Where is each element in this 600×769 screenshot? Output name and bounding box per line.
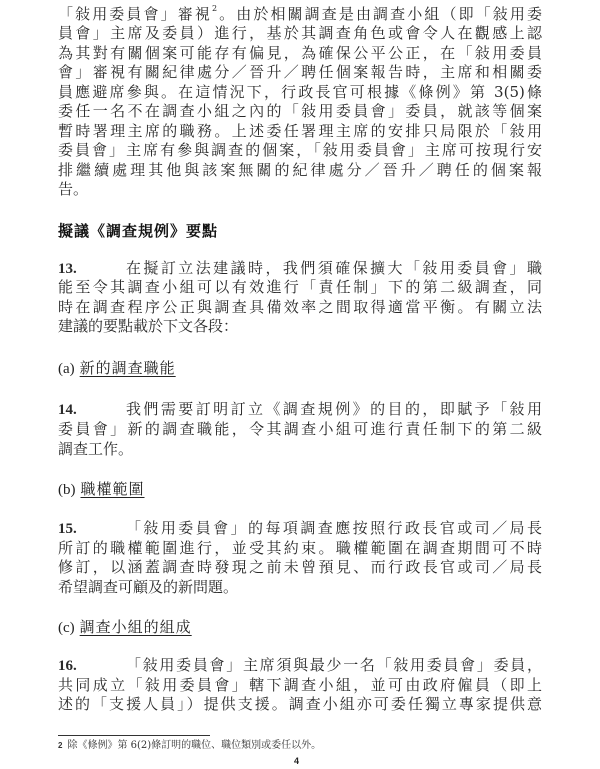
- paragraph-text: 「敍用委員會」主席須與最少一名「敍用委員會」委員，: [126, 656, 542, 675]
- subheading-title: 職權範圍: [81, 480, 145, 498]
- intro-line-7: 暫時署理主席的職務。上述委任署理主席的安排只局限於「敍用: [58, 122, 542, 141]
- subheading-title: 調查小組的組成: [80, 618, 192, 636]
- paragraph-number: 13.: [58, 260, 126, 278]
- intro-line-6: 委任一名不在調查小組之內的「敍用委員會」委員，就該等個案: [58, 102, 542, 121]
- intro-line-8: 委員會」主席有參與調查的個案，「敍用委員會」主席可按現行安: [58, 141, 542, 160]
- intro-line-1-end: 。由於相關調查是由調查小組（即「敍用委: [217, 5, 542, 23]
- paragraph-13-line-3: 時在調查程序公正與調查具備效率之間取得適當平衡。有關立法: [58, 298, 542, 317]
- document-page: 「敍用委員會」審視2。由於相關調查是由調查小組（即「敍用委 員會」主席及委員）進…: [0, 0, 600, 769]
- paragraph-15-line-1: 15. 「敍用委員會」的每項調查應按照行政長官或司／局長: [58, 519, 542, 538]
- footnote-divider: [58, 735, 210, 736]
- subheading-label: (b): [58, 482, 76, 498]
- paragraph-15-line-2: 所訂的職權範圍進行，並受其約束。職權範圍在調查期間可不時: [58, 539, 542, 558]
- intro-line-4: 會」審視有關紀律處分／晉升／聘任個案報告時，主席和相關委: [58, 63, 542, 82]
- subheading-a: (a)新的調查職能: [58, 359, 176, 379]
- page-number: 4: [0, 756, 593, 766]
- paragraph-text: 「敍用委員會」的每項調查應按照行政長官或司／局長: [126, 519, 542, 538]
- paragraph-text: 我們需要訂明訂立《調查規例》的目的，即賦予「敍用: [126, 400, 542, 419]
- paragraph-15-line-4: 希望調查可顧及的新問題。: [58, 578, 542, 597]
- paragraph-13-line-1: 13. 在擬訂立法建議時，我們須確保擴大「敍用委員會」職: [58, 259, 542, 278]
- subheading-label: (c): [58, 620, 75, 636]
- paragraph-14-line-2: 委員會」新的調查職能，令其調查小組可進行責任制下的第二級: [58, 420, 542, 439]
- paragraph-13-line-2: 能至令其調查小組可以有效進行「責任制」下的第二級調查，同: [58, 278, 542, 297]
- subheading-label: (a): [58, 361, 75, 377]
- intro-line-10: 告。: [58, 180, 542, 199]
- paragraph-14-line-1: 14. 我們需要訂明訂立《調查規例》的目的，即賦予「敍用: [58, 400, 542, 419]
- paragraph-number: 15.: [58, 520, 126, 538]
- paragraph-13-line-4: 建議的要點載於下文各段：: [58, 317, 542, 336]
- intro-line-2: 員會」主席及委員）進行，基於其調查角色或會令人在觀感上認: [58, 24, 542, 43]
- paragraph-number: 16.: [58, 657, 126, 675]
- paragraph-16-line-1: 16. 「敍用委員會」主席須與最少一名「敍用委員會」委員，: [58, 656, 542, 675]
- subheading-b: (b)職權範圍: [58, 480, 145, 500]
- paragraph-15-line-3: 修訂，以涵蓋調查時發現之前未曾預見、而行政長官或司／局長: [58, 558, 542, 577]
- paragraph-14-line-3: 調查工作。: [58, 440, 542, 459]
- subheading-c: (c)調查小組的組成: [58, 618, 192, 638]
- footnote-text: 除《條例》第 6(2)條訂明的職位、職位類別或委任以外。: [67, 740, 321, 751]
- intro-line-1-start: 「敍用委員會」審視: [58, 5, 212, 23]
- paragraph-16-line-3: 述的「支援人員」）提供支援。調查小組亦可委任獨立專家提供意: [58, 695, 542, 714]
- paragraph-16-line-2: 共同成立「敍用委員會」轄下調查小組，並可由政府僱員（即上: [58, 676, 542, 695]
- intro-line-9: 排繼續處理其他與該案無關的紀律處分／晉升／聘任的個案報: [58, 161, 542, 180]
- intro-line-3: 為其對有關個案可能存有偏見，為確保公平公正，在「敍用委員: [58, 44, 542, 63]
- intro-line-1: 「敍用委員會」審視2。由於相關調查是由調查小組（即「敍用委: [58, 5, 542, 24]
- paragraph-number: 14.: [58, 401, 126, 419]
- intro-line-5: 員應避席參與。在這情況下，行政長官可根據《條例》第 3(5)條: [58, 83, 542, 102]
- footnote-mark: 2: [58, 741, 62, 750]
- section-heading: 擬議《調查規例》要點: [58, 222, 218, 241]
- footnote: 2除《條例》第 6(2)條訂明的職位、職位類別或委任以外。: [58, 739, 321, 752]
- paragraph-text: 在擬訂立法建議時，我們須確保擴大「敍用委員會」職: [126, 259, 542, 278]
- subheading-title: 新的調查職能: [80, 359, 176, 377]
